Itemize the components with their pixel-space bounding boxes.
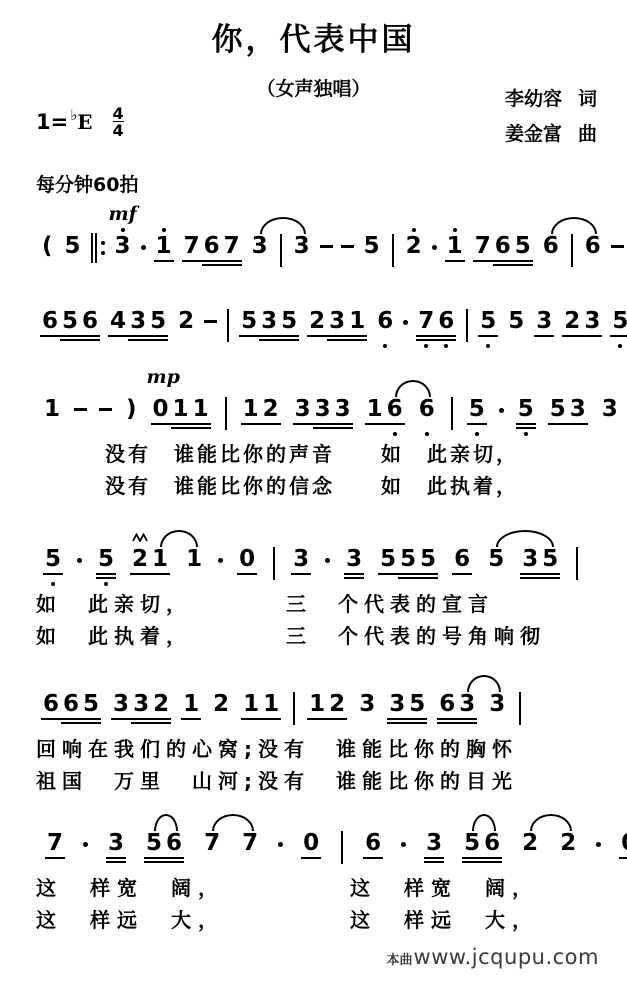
augmentation-dot (141, 245, 146, 250)
low-octave-dot (475, 432, 479, 436)
underline (45, 857, 65, 859)
underline-area (452, 571, 472, 580)
underline-area (385, 421, 405, 430)
underline (164, 861, 184, 863)
augmentation-dot (499, 408, 504, 413)
below-note-area (425, 430, 429, 438)
underline-area (407, 716, 427, 725)
note-number: 5 (362, 234, 382, 258)
underline (259, 339, 279, 341)
barline (571, 234, 573, 267)
low-octave-dot (51, 582, 55, 586)
note-number: 7 (182, 234, 202, 258)
underline (307, 335, 327, 337)
underline-area (241, 716, 261, 725)
note: 2 (211, 678, 231, 733)
note: 0 (619, 817, 627, 872)
underline-area (239, 333, 259, 342)
aug-dot-cell (325, 533, 330, 563)
underline-area (60, 333, 80, 342)
note: 1 (181, 678, 201, 733)
barline-cell (390, 220, 396, 267)
underline-area (568, 421, 588, 430)
underline-area (63, 258, 83, 267)
note: 5 (506, 295, 526, 350)
underline (150, 573, 170, 575)
underline (80, 335, 100, 337)
note-number: 5 (96, 547, 116, 571)
note: 2 (151, 678, 171, 733)
underline-area (131, 716, 151, 725)
note-number: 6 (482, 831, 502, 855)
underline-area (292, 258, 312, 267)
note: 3 (344, 533, 364, 588)
underline-area (482, 855, 502, 864)
underline (416, 335, 436, 337)
note-number: 2 (261, 397, 281, 421)
underline-area (610, 333, 627, 342)
barline-cell (223, 383, 229, 430)
barline (341, 831, 343, 864)
underline-area (41, 716, 61, 725)
note: 7 (473, 220, 493, 275)
note: 6 (41, 678, 61, 733)
note: 5 (407, 678, 427, 733)
aug-dot-cell (77, 533, 82, 563)
underline-area (436, 333, 456, 342)
underline (106, 861, 126, 863)
note: 3 (131, 678, 151, 733)
note-number: 1 (241, 397, 261, 421)
underline-area (534, 333, 554, 342)
beam-group: 535 (239, 295, 299, 350)
underline (418, 573, 438, 575)
note: 3 (600, 383, 620, 438)
tempo-marking: 每分钟60拍 (36, 170, 138, 197)
note-number: 6 (202, 234, 222, 258)
underline (619, 857, 627, 859)
note: 1 (241, 678, 261, 733)
note-number: 6 (436, 309, 456, 333)
note-number: 5 (398, 547, 418, 571)
underline (96, 577, 116, 579)
note: 5 (418, 533, 438, 588)
note-number: 2 (520, 831, 540, 855)
note-number: 5 (60, 309, 80, 333)
high-octave-dot (453, 228, 457, 232)
underline-area (261, 716, 281, 725)
underline-area (437, 716, 457, 725)
underline (462, 857, 482, 859)
underline-area (493, 258, 513, 267)
underline-area (164, 855, 184, 864)
lyric-line: 如 此亲切， 三 个代表的宣言 (36, 588, 607, 620)
symbol: ( (40, 234, 55, 258)
note-number: 1 (150, 547, 170, 571)
note: 6 (80, 295, 100, 350)
beam-group: 76 (416, 295, 456, 350)
note: 3 (534, 295, 554, 350)
note-number: 2 (327, 692, 347, 716)
note-number: 3 (106, 831, 126, 855)
note: 6 (375, 295, 395, 350)
underline (482, 861, 502, 863)
note-number: 3 (520, 547, 540, 571)
underline (151, 722, 171, 724)
underline-area (363, 855, 383, 864)
underline (222, 260, 242, 262)
underline-area (151, 421, 171, 430)
underline-area (261, 421, 281, 430)
note-number: 7 (202, 831, 222, 855)
underline (482, 857, 502, 859)
underline-area (540, 571, 560, 580)
note: 5 (378, 533, 398, 588)
underline (548, 423, 568, 425)
note: 2 (327, 678, 347, 733)
note-number: 5 (239, 309, 259, 333)
underline-area (301, 855, 321, 864)
underline-area (202, 855, 222, 864)
note-number: 5 (610, 309, 627, 333)
barline-cell (464, 295, 470, 342)
underline (108, 335, 128, 337)
repeat-dots (101, 233, 105, 263)
above-note-area (412, 220, 416, 234)
note: 5 (60, 295, 80, 350)
aug-dot-cell (401, 817, 406, 847)
note: 5 (610, 295, 627, 350)
dash-cell (341, 220, 354, 248)
barline (273, 547, 275, 580)
note: 5 (81, 678, 101, 733)
music-line-2: 65643525352316765532356 (36, 275, 607, 350)
beam-group: 765 (473, 220, 533, 275)
beam-group: mp011 (151, 383, 211, 438)
underline (462, 861, 482, 863)
symbol-cell: ( (40, 220, 55, 258)
underline (333, 423, 353, 425)
underline (131, 718, 151, 720)
underline (261, 423, 281, 425)
underline-area (520, 855, 540, 864)
note-number: 3 (131, 692, 151, 716)
mordent-icon (132, 527, 149, 546)
watermark-site: www.jcqupu.com (414, 945, 599, 969)
note: 0 (237, 533, 257, 588)
underline (154, 260, 174, 262)
augmentation-dot (403, 320, 408, 325)
note-number: 3 (568, 397, 588, 421)
underline (344, 577, 364, 579)
underline (81, 722, 101, 724)
underline-area (424, 855, 444, 864)
beam-group: 555 (378, 533, 438, 588)
underline (80, 339, 100, 341)
underline (445, 260, 465, 262)
note-number: 6 (583, 234, 603, 258)
underline-area (171, 421, 191, 430)
underline-area (184, 571, 204, 580)
underline (41, 718, 61, 720)
lyric-line: 没有 谁能比你的信念 如 此执着， (36, 470, 607, 502)
barline (293, 692, 295, 725)
underline-area (113, 258, 133, 267)
page-title: 你，代表中国 (0, 0, 627, 59)
underline (520, 573, 540, 575)
underline-area (202, 258, 222, 267)
note: 2 (404, 220, 424, 275)
note-number: 4 (108, 309, 128, 333)
note: 1 (365, 383, 385, 438)
underline (493, 260, 513, 262)
underline (60, 335, 80, 337)
below-note-area (524, 430, 528, 438)
beam-group: 333 (293, 383, 353, 438)
underline (452, 573, 472, 575)
dash-cell (611, 220, 624, 248)
note: 1 (445, 220, 465, 275)
note-number: 3 (424, 831, 444, 855)
underline-area (486, 571, 506, 580)
note-number: 3 (111, 692, 131, 716)
underline (478, 335, 498, 337)
note: 1 (241, 383, 261, 438)
note-number: 2 (404, 234, 424, 258)
note-number: 6 (385, 397, 405, 421)
underline (513, 264, 533, 266)
underline (540, 577, 560, 579)
note-number: 6 (437, 692, 457, 716)
underline-area (478, 333, 498, 342)
note-number: 5 (516, 397, 536, 421)
underline-area (582, 333, 602, 342)
note: 5 (279, 295, 299, 350)
underline (467, 423, 487, 425)
underline (261, 718, 281, 720)
below-note-area (424, 342, 428, 350)
underline (387, 718, 407, 720)
note: 3 (424, 817, 444, 872)
note: 7 (416, 295, 436, 350)
underline-area (128, 333, 148, 342)
underline-area (506, 333, 526, 342)
underline-area (327, 333, 347, 342)
underline-area (347, 333, 367, 342)
underline (407, 722, 427, 724)
below-note-area (383, 342, 387, 350)
low-octave-dot (486, 344, 490, 348)
note-number: 1 (184, 547, 204, 571)
note: 6 (61, 678, 81, 733)
note: 4 (108, 295, 128, 350)
note: 6 (437, 678, 457, 733)
underline (398, 577, 418, 579)
underline-area (43, 571, 63, 580)
note-number: 1 (307, 692, 327, 716)
note-number: 1 (171, 397, 191, 421)
underline-area (293, 421, 313, 430)
lyric-line: 这 样宽 阔， 这 样宽 阔， (36, 872, 607, 904)
underline (313, 427, 333, 429)
note: 6 (40, 295, 60, 350)
underline (363, 857, 383, 859)
note: 5 (148, 295, 168, 350)
note: 2 (562, 295, 582, 350)
note-number: 2 (130, 547, 150, 571)
note: 6 (493, 220, 513, 275)
underline (313, 423, 333, 425)
underline-area (513, 258, 533, 267)
underline (259, 335, 279, 337)
note: 3 (327, 295, 347, 350)
underline-area (313, 421, 333, 430)
underline-area (151, 716, 171, 725)
underline-area (516, 421, 536, 430)
dash-cell (74, 383, 87, 411)
underline (293, 423, 313, 425)
underline (493, 264, 513, 266)
underline (241, 423, 261, 425)
underline-area (404, 258, 424, 267)
underline (457, 718, 477, 720)
underline (562, 335, 582, 337)
augmentation-dot (596, 842, 601, 847)
aug-dot-cell (218, 533, 223, 563)
note-number: 0 (301, 831, 321, 855)
note-number: 6 (80, 309, 100, 333)
note-number: 6 (493, 234, 513, 258)
aug-dot-cell (499, 383, 504, 413)
underline (540, 573, 560, 575)
note: 7 (222, 220, 242, 275)
note-number: 7 (416, 309, 436, 333)
underline-area (222, 258, 242, 267)
underline-area (211, 716, 231, 725)
note: 1 (347, 295, 367, 350)
underline (385, 423, 405, 425)
note-number: 1 (347, 309, 367, 333)
note: mf3 (113, 220, 133, 275)
underline (407, 718, 427, 720)
augmentation-dot (77, 558, 82, 563)
below-note-area (51, 580, 55, 588)
note-number: 5 (378, 547, 398, 571)
lyric-line: 祖国 万里 山河;没有 谁能比你的目光 (36, 765, 607, 797)
underline (164, 857, 184, 859)
note-number: 3 (327, 309, 347, 333)
underline-area (548, 421, 568, 430)
note: 6 (452, 533, 472, 588)
underline (436, 339, 456, 341)
time-denominator: 4 (113, 121, 124, 138)
underline (437, 722, 457, 724)
beam-group: 35 (387, 678, 427, 733)
note-number: 1 (181, 692, 201, 716)
note: 2 (261, 383, 281, 438)
note-number: 2 (211, 692, 231, 716)
beam-group: 767 (182, 220, 242, 275)
low-octave-dot (444, 344, 448, 348)
underline (279, 339, 299, 341)
underline (237, 573, 257, 575)
underline-area (191, 421, 211, 430)
note-number: 3 (357, 692, 377, 716)
note: 5 (467, 383, 487, 438)
barline (576, 547, 578, 580)
underline-area (106, 855, 126, 864)
underline (148, 339, 168, 341)
note: 3 (568, 383, 588, 438)
note-number: 7 (222, 234, 242, 258)
underline-area (357, 716, 377, 725)
aug-dot-cell (83, 817, 88, 847)
dash (99, 408, 112, 411)
underline (437, 718, 457, 720)
lyric-line: 没有 谁能比你的声音 如 此亲切， (36, 438, 607, 470)
underline-area (365, 421, 385, 430)
note-number: 3 (292, 234, 312, 258)
note-number: 5 (486, 547, 506, 571)
underline-area (176, 333, 196, 342)
underline-area (583, 258, 603, 267)
note: 1 (261, 678, 281, 733)
underline-area (378, 571, 398, 580)
underline-area (619, 855, 627, 864)
barline-cell (517, 678, 523, 725)
composer-name: 姜金富 (505, 123, 562, 145)
repeat-cell (91, 220, 105, 263)
underline-area (259, 333, 279, 342)
underline (40, 335, 60, 337)
underline (191, 427, 211, 429)
beam-group: 231 (307, 295, 367, 350)
note-number: 6 (164, 831, 184, 855)
note-number: 3 (291, 547, 311, 571)
underline (151, 423, 171, 425)
note-number: 3 (250, 234, 270, 258)
note: mp0 (151, 383, 171, 438)
note-row: 65643525352316765532356 (36, 275, 607, 350)
underline (43, 573, 63, 575)
underline-area (520, 571, 540, 580)
note-number: 2 (151, 692, 171, 716)
low-octave-dot (618, 344, 622, 348)
underline-area (473, 258, 493, 267)
symbol-cell: ) (124, 383, 139, 421)
note-number: 2 (176, 309, 196, 333)
note: 3 (357, 678, 377, 733)
note: 3 (106, 817, 126, 872)
beam-group: 665 (41, 678, 101, 733)
note-number: 7 (240, 831, 260, 855)
underline-area (307, 716, 327, 725)
below-note-area (444, 342, 448, 350)
beam-group: 56 (610, 295, 627, 350)
music-line-3: 1)mp0111233316655533 没有 谁能比你的声音 如 此亲切， 没… (36, 363, 607, 502)
underline (106, 857, 126, 859)
dash (204, 320, 217, 323)
barline (280, 234, 282, 267)
below-note-area (486, 342, 490, 350)
underline (96, 573, 116, 575)
time-numerator: 4 (113, 106, 124, 121)
note-number: 3 (457, 692, 477, 716)
note: 5 (398, 533, 418, 588)
note-number: 7 (45, 831, 65, 855)
barline (466, 309, 468, 342)
note-number: 1 (241, 692, 261, 716)
